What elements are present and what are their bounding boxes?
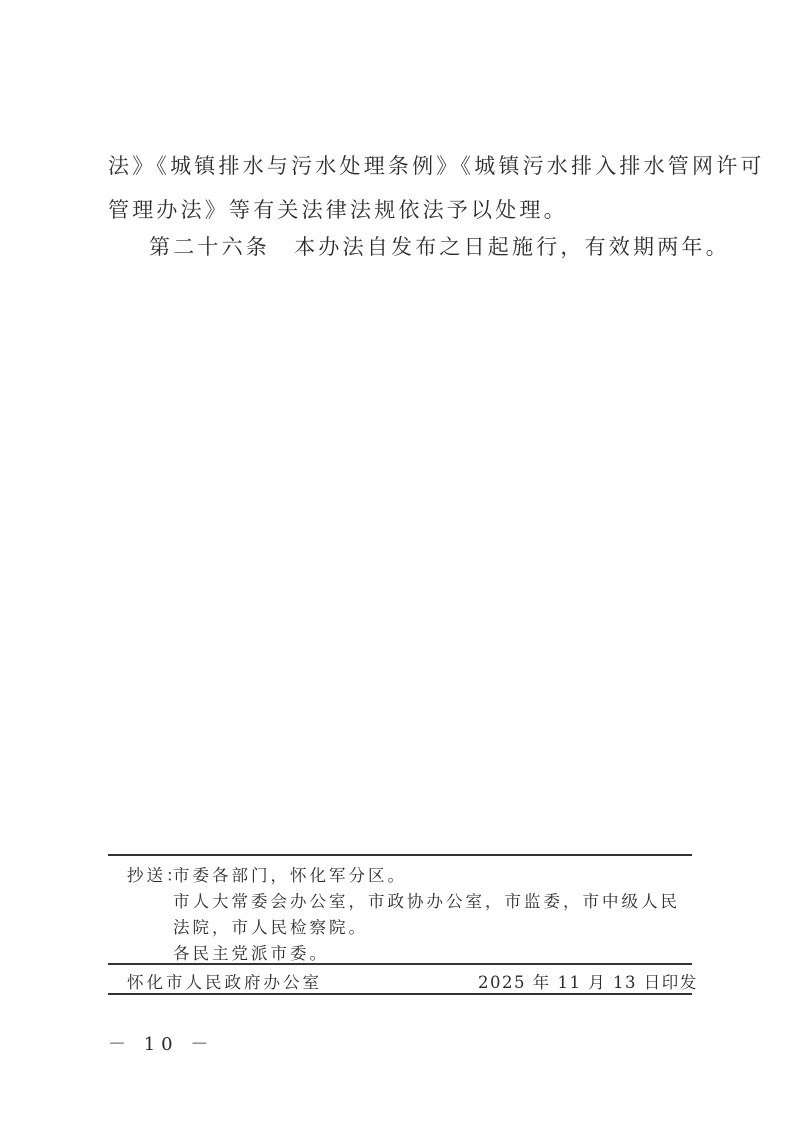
issuer: 怀化市人民政府办公室	[127, 969, 322, 993]
body-line-1: 法》《城镇排水与污水处理条例》《城镇污水排入排水管网许可	[108, 150, 765, 180]
cc-line-1: 市委各部门，怀化军分区。	[173, 862, 407, 886]
body-line-2: 管理办法》等有关法律法规依法予以处理。	[108, 194, 568, 224]
footer-top-rule	[108, 854, 692, 856]
footer-mid-rule	[108, 963, 692, 965]
cc-line-4: 各民主党派市委。	[173, 940, 329, 964]
cc-line-2: 市人大常委会办公室，市政协办公室，市监委，市中级人民	[173, 888, 680, 912]
issue-date: 2025 年 11 月 13 日印发	[478, 969, 698, 993]
cc-line-3: 法院，市人民检察院。	[173, 914, 368, 938]
footer-bottom-rule	[108, 993, 692, 995]
page-number: － 10 －	[108, 1030, 214, 1056]
article-26: 第二十六条 本办法自发布之日起施行，有效期两年。	[149, 231, 730, 261]
